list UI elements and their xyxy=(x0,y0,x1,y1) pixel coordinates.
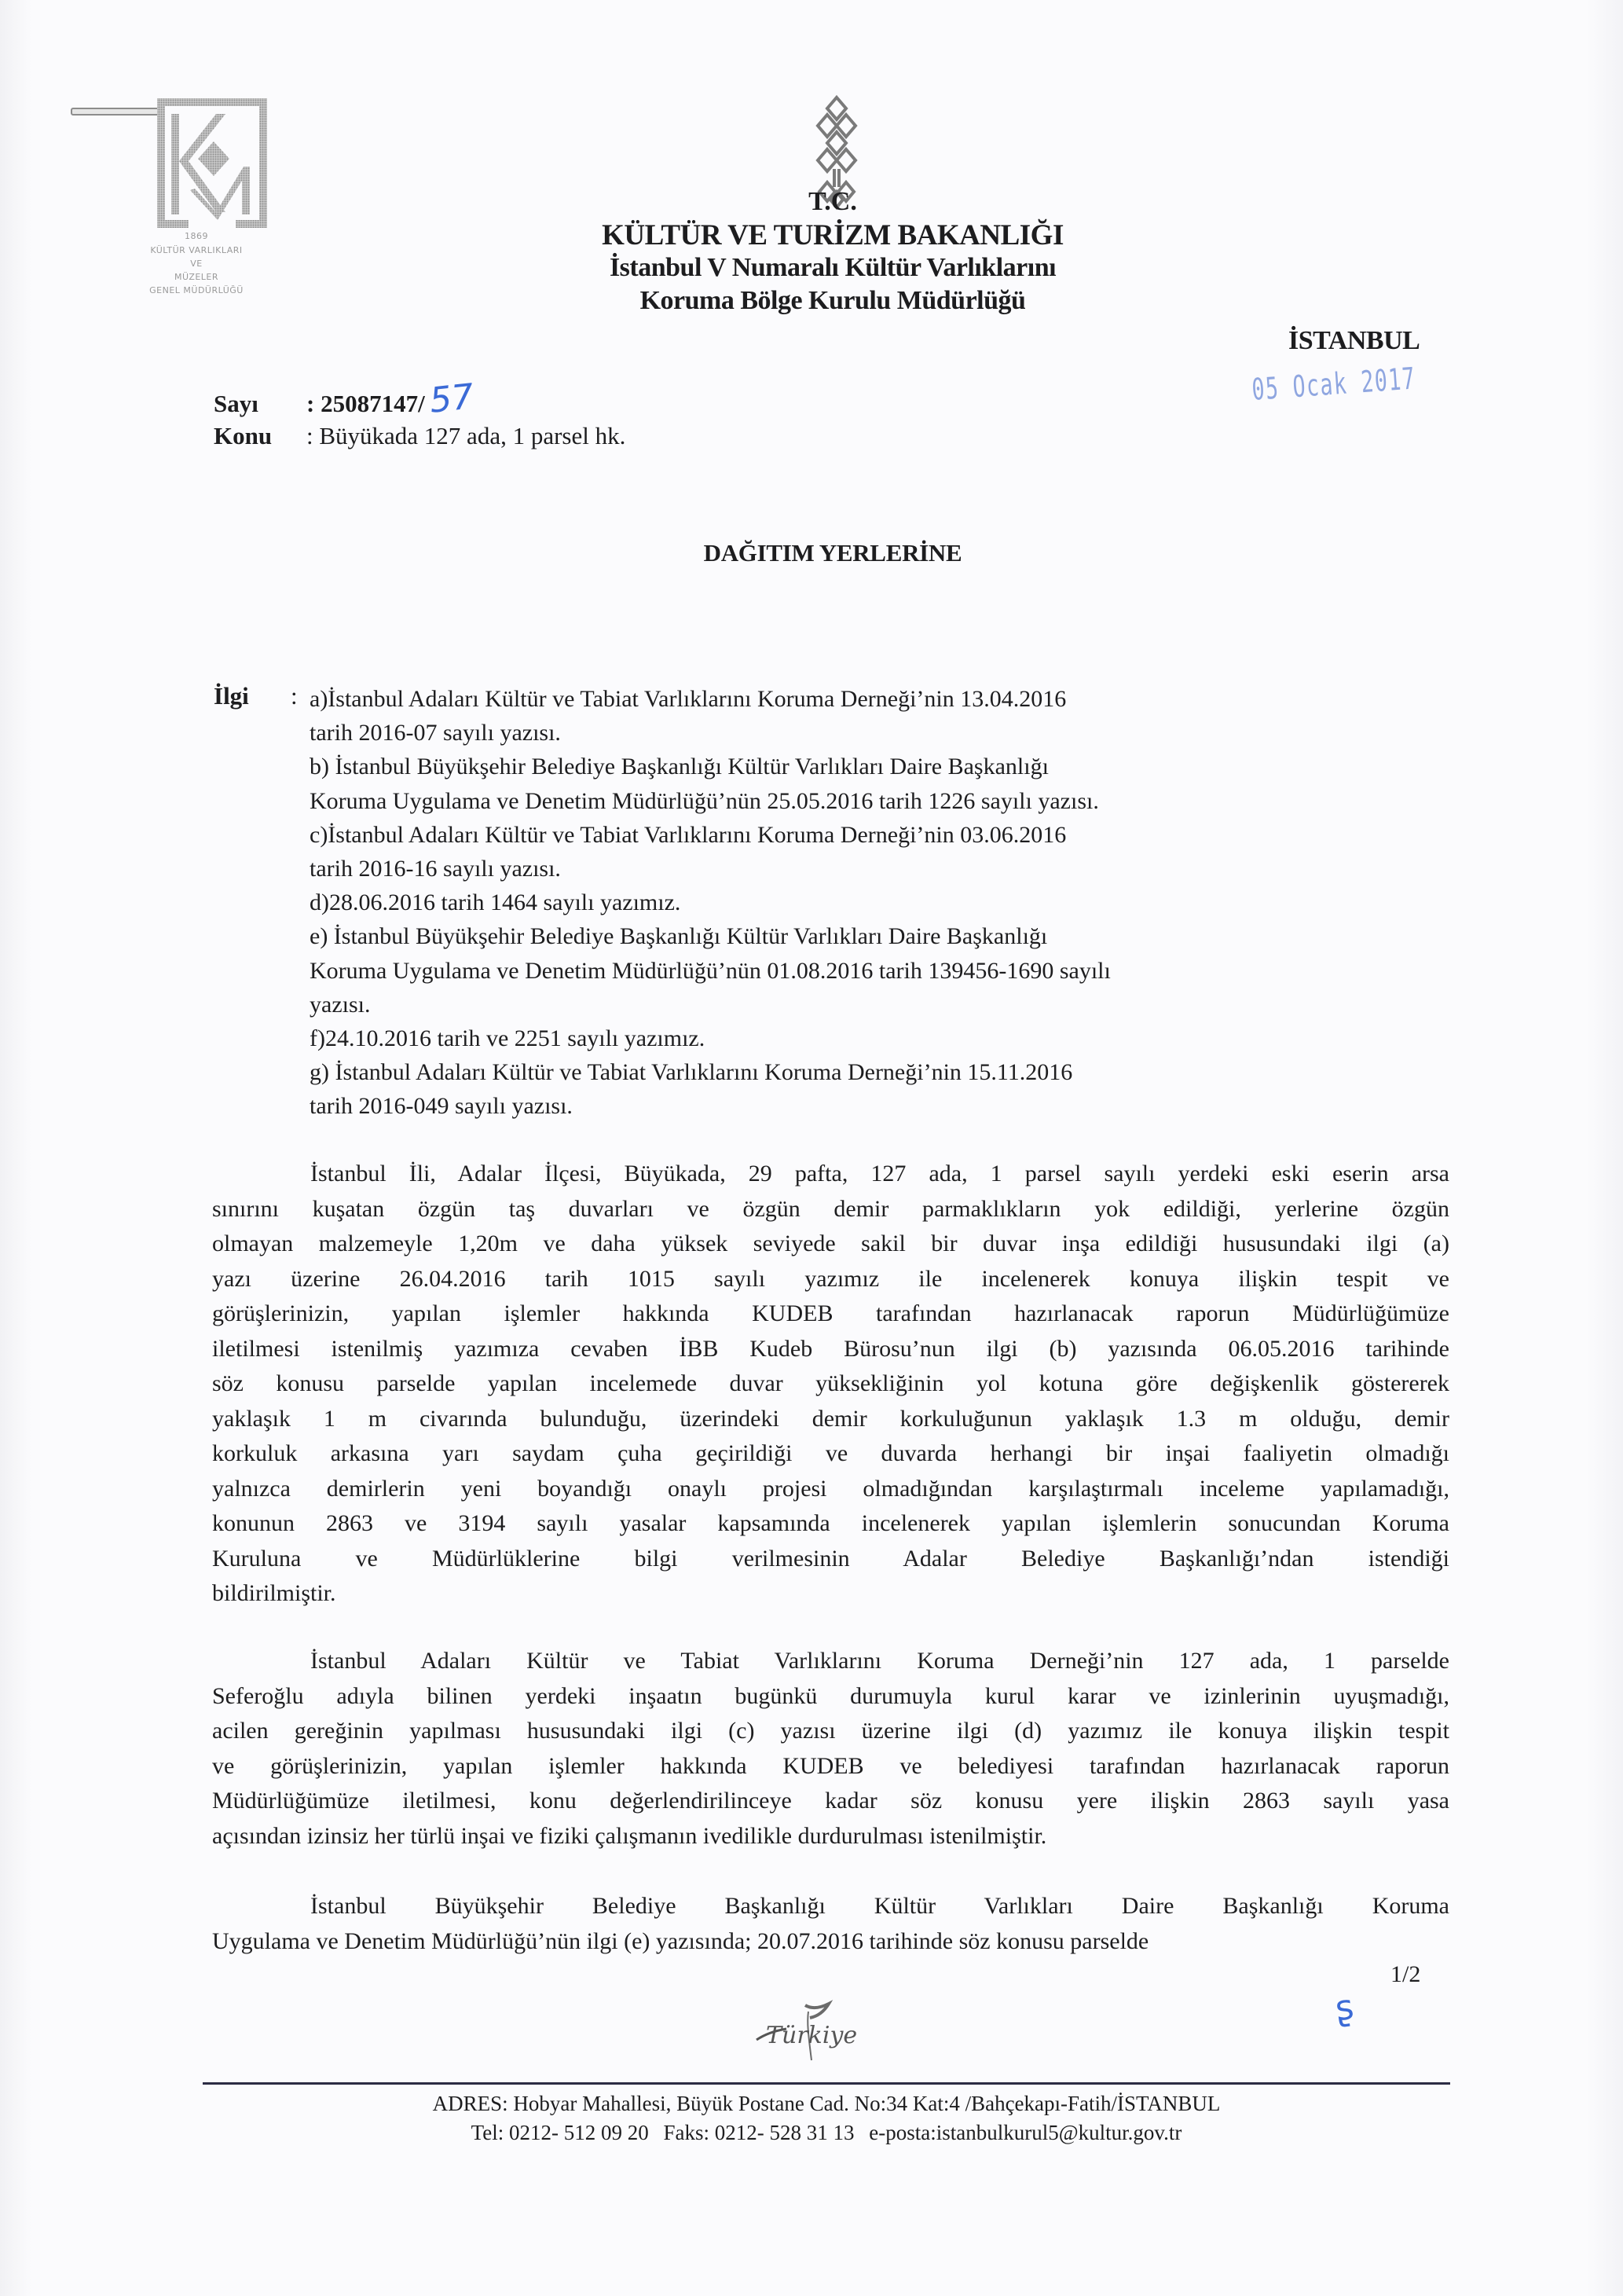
body-paragraph-1: İstanbul İli, Adalar İlçesi, Büyükada, 2… xyxy=(212,1157,1449,1612)
body-paragraph-3: İstanbul Büyükşehir Belediye Başkanlığı … xyxy=(212,1889,1449,1959)
paragraph-line: yazı üzerine 26.04.2016 tarih 1015 sayıl… xyxy=(212,1262,1449,1297)
paragraph-line: Uygulama ve Denetim Müdürlüğü’nün ilgi (… xyxy=(212,1924,1449,1960)
reference-line: e) İstanbul Büyükşehir Belediye Başkanlı… xyxy=(310,919,1331,953)
paragraph-line: acilen gereğinin yapılması hususundaki i… xyxy=(212,1714,1449,1749)
paragraph-line: İstanbul İli, Adalar İlçesi, Büyükada, 2… xyxy=(212,1157,1449,1192)
reference-list: a)İstanbul Adaları Kültür ve Tabiat Varl… xyxy=(310,682,1331,1124)
kvmgm-logo: 1869 KÜLTÜR VARLIKLARI VE MÜZELER GENEL … xyxy=(118,94,275,299)
paragraph-line: söz konusu parselde yapılan incelemede d… xyxy=(212,1366,1449,1402)
sayi-value: : 25087147/ xyxy=(306,390,425,419)
reference-line: b) İstanbul Büyükşehir Belediye Başkanlı… xyxy=(310,750,1331,783)
body-paragraph-2: İstanbul Adaları Kültür ve Tabiat Varlık… xyxy=(212,1644,1449,1854)
header-tc: T.C. xyxy=(440,187,1225,217)
header-office-line1: İstanbul V Numaralı Kültür Varlıklarını xyxy=(440,253,1225,283)
ilgi-label: İlgi xyxy=(214,682,249,710)
paragraph-line: İstanbul Büyükşehir Belediye Başkanlığı … xyxy=(212,1889,1449,1924)
paragraph-line: ve görüşlerinizin, yapılan işlemler hakk… xyxy=(212,1749,1449,1784)
recipient-heading: DAĞITIM YERLERİNE xyxy=(440,539,1225,567)
konu-label: Konu xyxy=(214,422,306,450)
paragraph-line: Seferoğlu adıyla bilinen yerdeki inşaatı… xyxy=(212,1679,1449,1715)
footer-divider xyxy=(203,2082,1450,2085)
footer-email[interactable]: e-posta:istanbulkurul5@kultur.gov.tr xyxy=(869,2121,1182,2144)
kvmgm-logo-icon xyxy=(118,94,275,232)
paragraph-line: Müdürlüğümüze iletilmesi, konu değerlend… xyxy=(212,1784,1449,1819)
paragraph-line: korkuluk arkasına yarı saydam çuha geçir… xyxy=(212,1436,1449,1472)
footer-fax: Faks: 0212- 528 31 13 xyxy=(664,2121,855,2144)
paragraph-line: görüşlerinizin, yapılan işlemler hakkınd… xyxy=(212,1297,1449,1332)
reference-line: tarih 2016-16 sayılı yazısı. xyxy=(310,852,1331,886)
reference-line: a)İstanbul Adaları Kültür ve Tabiat Varl… xyxy=(310,682,1331,716)
header-ministry: KÜLTÜR VE TURİZM BAKANLIĞI xyxy=(440,218,1225,252)
paragraph-line: yaklaşık 1 m civarında bulunduğu, üzerin… xyxy=(212,1402,1449,1437)
logo-caption-line: GENEL MÜDÜRLÜĞÜ xyxy=(118,284,275,297)
header-office-line2: Koruma Bölge Kurulu Müdürlüğü xyxy=(440,286,1225,316)
logo-year: 1869 xyxy=(118,229,275,243)
logo-caption-line: KÜLTÜR VARLIKLARI xyxy=(118,244,275,257)
subject-row: Konu : Büyükada 127 ada, 1 parsel hk. xyxy=(214,422,625,450)
handwritten-number: 57 xyxy=(427,376,475,421)
reference-line: c)İstanbul Adaları Kültür ve Tabiat Varl… xyxy=(310,818,1331,852)
paragraph-line: İstanbul Adaları Kültür ve Tabiat Varlık… xyxy=(212,1644,1449,1679)
ilgi-colon: : xyxy=(291,682,298,710)
paragraph-line: Kuruluna ve Müdürlüklerine bilgi verilme… xyxy=(212,1542,1449,1577)
reference-line: Koruma Uygulama ve Denetim Müdürlüğü’nün… xyxy=(310,784,1331,818)
paragraph-line: iletilmesi istenilmiş yazımıza cevaben İ… xyxy=(212,1332,1449,1367)
paragraph-line: yalnızca demirlerin yeni boyandığı onayl… xyxy=(212,1472,1449,1507)
header-city: İSTANBUL xyxy=(1288,326,1420,356)
page-number: 1/2 xyxy=(1390,1961,1420,1988)
paragraph-line: açısından izinsiz her türlü inşai ve fiz… xyxy=(212,1819,1449,1854)
konu-value: : Büyükada 127 ada, 1 parsel hk. xyxy=(306,422,625,450)
reference-line: f)24.10.2016 tarih ve 2251 sayılı yazımı… xyxy=(310,1021,1331,1055)
paragraph-line: konunun 2863 ve 3194 sayılı yasalar kaps… xyxy=(212,1506,1449,1542)
reference-line: Koruma Uygulama ve Denetim Müdürlüğü’nün… xyxy=(310,954,1331,988)
footer-phone: Tel: 0212- 512 09 20 xyxy=(471,2121,649,2144)
turkiye-logo-text: Türkiye xyxy=(766,2022,857,2049)
turkiye-logo: Türkiye xyxy=(750,1996,868,2067)
reference-line: yazısı. xyxy=(310,988,1331,1021)
paragraph-line: bildirilmiştir. xyxy=(212,1576,1449,1612)
reference-line: d)28.06.2016 tarih 1464 sayılı yazımız. xyxy=(310,886,1331,919)
logo-caption-line: VE xyxy=(118,257,275,270)
logo-caption-line: MÜZELER xyxy=(118,270,275,284)
paragraph-line: sınırını kuşatan özgün taş duvarları ve … xyxy=(212,1192,1449,1227)
paragraph-line: olmayan malzemeyle 1,20m ve daha yüksek … xyxy=(212,1227,1449,1262)
sayi-label: Sayı xyxy=(214,390,306,419)
reference-line: g) İstanbul Adaları Kültür ve Tabiat Var… xyxy=(310,1055,1331,1089)
reference-line: tarih 2016-049 sayılı yazısı. xyxy=(310,1089,1331,1123)
turkiye-tulip-icon: Türkiye xyxy=(750,1996,868,2067)
footer-address: ADRES: Hobyar Mahallesi, Büyük Postane C… xyxy=(203,2092,1450,2116)
reference-number-row: Sayı : 25087147/ 57 xyxy=(214,390,474,419)
footer-contact: Tel: 0212- 512 09 20 Faks: 0212- 528 31 … xyxy=(203,2121,1450,2145)
reference-line: tarih 2016-07 sayılı yazısı. xyxy=(310,716,1331,750)
